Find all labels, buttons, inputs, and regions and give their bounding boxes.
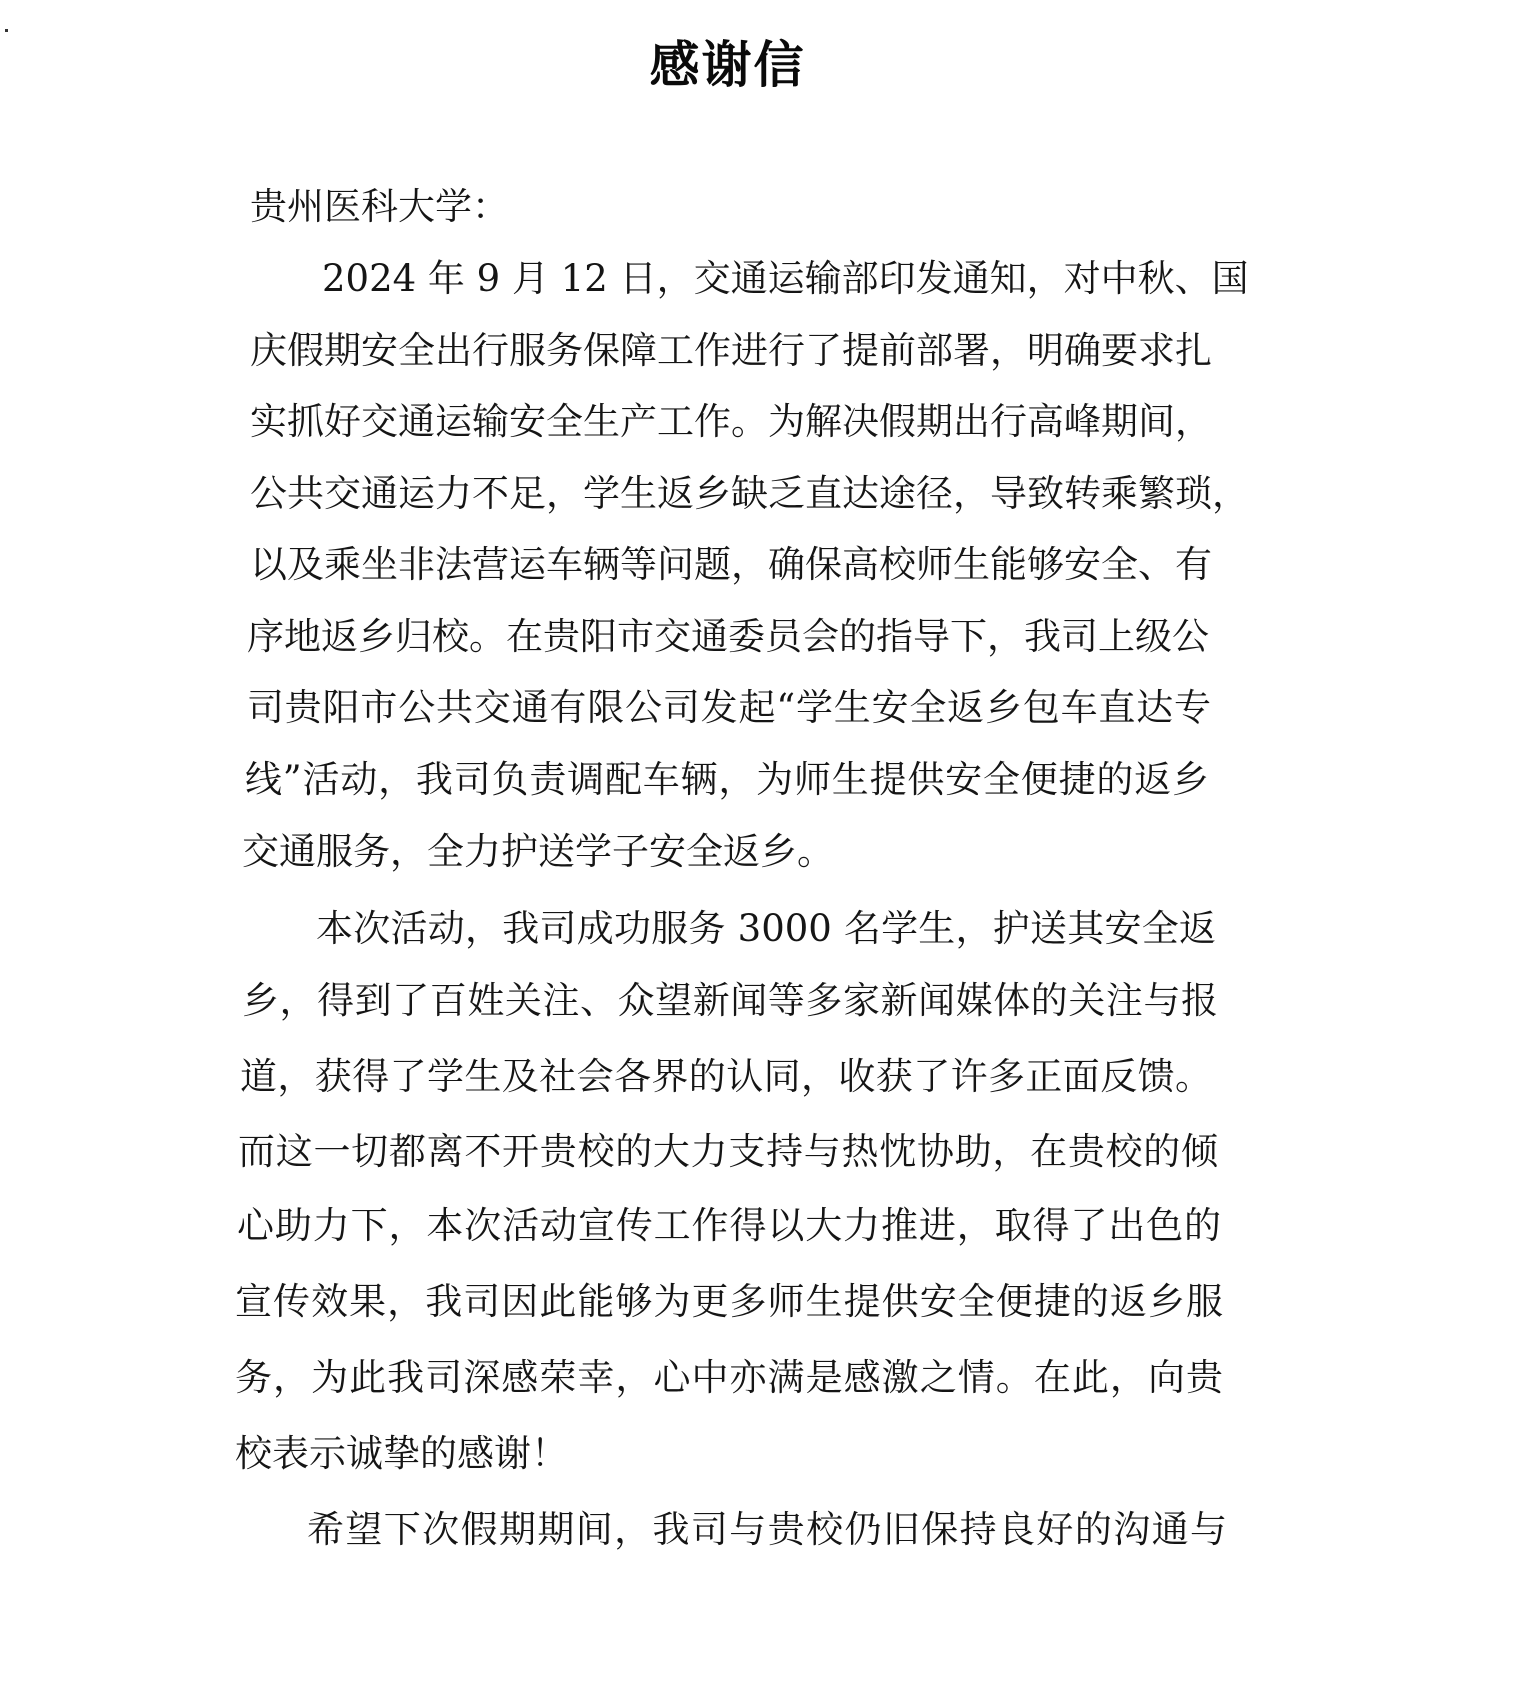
paragraph-1-line-9: 交通服务，全力护送学子安全返乡。 (242, 827, 834, 877)
paragraph-2-line-8: 校表示诚挚的感谢！ (235, 1429, 568, 1479)
salutation: 贵州医科大学： (250, 182, 509, 232)
paragraph-2-line-7: 务，为此我司深感荣幸，心中亦满是感激之情。在此，向贵 (235, 1353, 1223, 1403)
paragraph-2-line-2: 乡，得到了百姓关注、众望新闻等多家新闻媒体的关注与报 (242, 976, 1218, 1026)
paragraph-1-line-2: 庆假期安全出行服务保障工作进行了提前部署，明确要求扎 (250, 326, 1206, 376)
paragraph-1-line-7: 司贵阳市公共交通有限公司发起“学生安全返乡包车直达专 (247, 683, 1211, 733)
paragraph-1-line-1: 2024 年 9 月 12 日，交通运输部印发通知，对中秋、国 (322, 254, 1204, 304)
paragraph-2-line-3: 道，获得了学生及社会各界的认同，收获了许多正面反馈。 (240, 1052, 1212, 1102)
letter-page: 感谢信 贵州医科大学： 2024 年 9 月 12 日，交通运输部印发通知，对中… (0, 0, 1530, 1694)
letter-title: 感谢信 (0, 30, 1455, 100)
paragraph-1-line-4: 公共交通运力不足，学生返乡缺乏直达途径，导致转乘繁琐， (250, 469, 1216, 519)
paragraph-2-line-1: 本次活动，我司成功服务 3000 名学生，护送其安全返 (316, 904, 1216, 954)
paragraph-2-line-5: 心助力下，本次活动宣传工作得以大力推进，取得了出色的 (237, 1201, 1221, 1251)
paragraph-1-line-3: 实抓好交通运输安全生产工作。为解决假期出行高峰期间， (250, 397, 1198, 447)
paragraph-2-line-4: 而这一切都离不开贵校的大力支持与热忱协助，在贵校的倾 (238, 1127, 1218, 1177)
paragraph-2-line-6: 宣传效果，我司因此能够为更多师生提供安全便捷的返乡服 (235, 1277, 1223, 1327)
paragraph-1-line-5: 以及乘坐非法营运车辆等问题，确保高校师生能够安全、有 (250, 540, 1208, 590)
paragraph-1-line-6: 序地返乡归校。在贵阳市交通委员会的指导下，我司上级公 (247, 612, 1209, 662)
paragraph-3-line-1: 希望下次假期期间，我司与贵校仍旧保持良好的沟通与 (307, 1505, 1227, 1555)
paragraph-1-line-8: 线”活动，我司负责调配车辆，为师生提供安全便捷的返乡 (245, 755, 1209, 805)
